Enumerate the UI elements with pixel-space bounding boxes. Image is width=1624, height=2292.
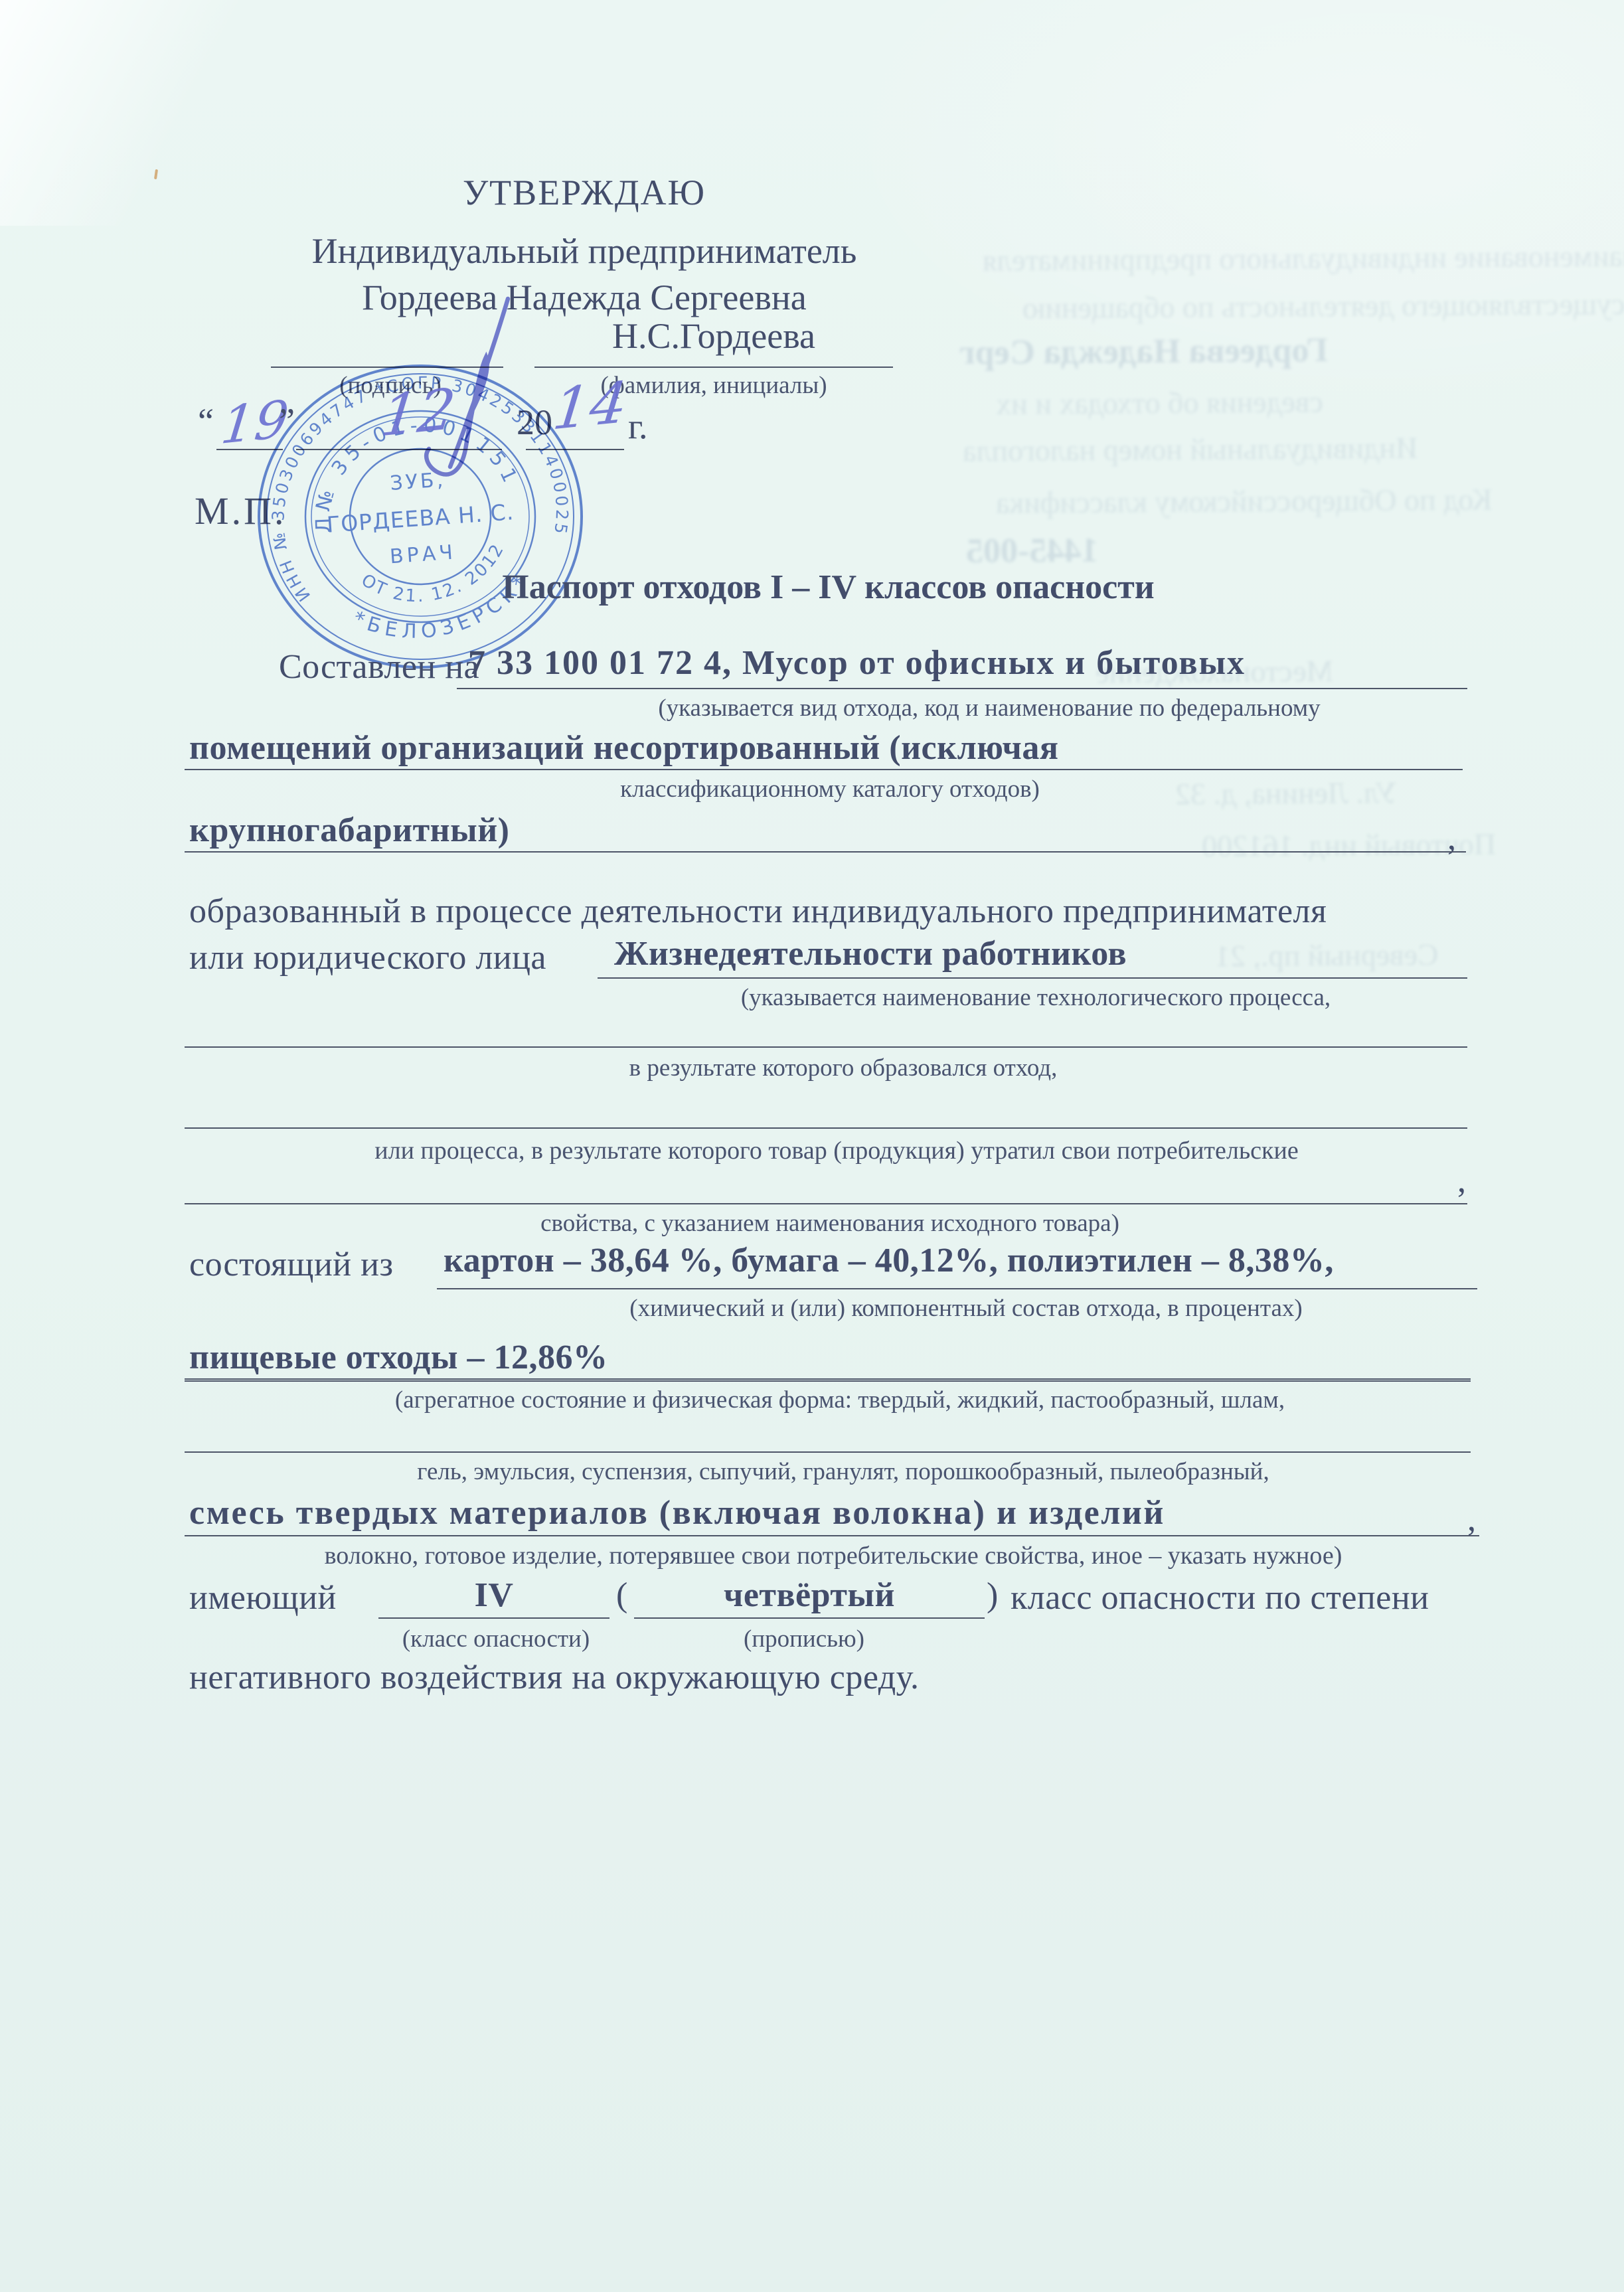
handwritten-year: 14 [550,370,631,444]
hint-fkko-1: (указывается вид отхода, код и наименова… [591,696,1388,722]
hint-class: (класс опасности) [383,1627,609,1653]
date-quote-open: “ [198,402,214,440]
bleedthrough-line: 1445-005 [966,531,1099,570]
comma-after-state: , [1467,1502,1477,1538]
composition-value: картон – 38,64 %, бумага – 40,12%, полиэ… [444,1243,1334,1279]
hint-fkko-2: классификационному каталогу отходов) [432,777,1228,803]
bleedthrough-line: Индивидуальный номер налогопла [963,430,1418,469]
class-words-value: четвёртый [634,1578,985,1614]
compiled-label: Составлен на [279,649,479,686]
handwritten-month: 12 [378,376,459,450]
hint-process-2: в результате которого образовался отход, [445,1056,1242,1082]
formed-line2: или юридического лица [189,940,546,977]
rule-process [598,977,1467,979]
rule-composition [437,1288,1477,1289]
class-tail-text: класс опасности по степени [1011,1580,1429,1617]
having-label: имеющий [189,1580,337,1617]
hint-state-1: (агрегатное состояние и физическая форма… [309,1388,1371,1414]
hint-process-3: или процесса, в результате которого това… [305,1138,1368,1165]
class-roman-value: IV [378,1578,609,1614]
rule-state [185,1535,1479,1536]
rule-empty-1 [185,1046,1467,1048]
rule-empty-3 [185,1203,1467,1204]
hint-state-2: гель, эмульсия, суспензия, сыпучий, гран… [312,1459,1374,1485]
composition-value-2: пищевые отходы – 12,86% [189,1340,608,1376]
comma-empty-line: , [1457,1163,1467,1200]
approval-entity-type: Индивидуальный предприниматель [219,232,949,270]
rule-class-roman [378,1617,609,1619]
formed-line1: образованный в процессе деятельности инд… [189,894,1327,930]
paren-close: ) [987,1578,999,1614]
signature-line-right [534,367,893,368]
bleedthrough-line: осуществляющего деятельность по обращени… [1022,286,1624,326]
process-value: Жизнедеятельности работников [614,936,1127,973]
approval-entity-name: Гордеева Надежда Сергеевна [219,279,949,317]
approval-heading: УТВЕРЖДАЮ [219,174,949,212]
bleedthrough-line: Код по Общероссийскому классифика [996,481,1493,520]
approval-name-value: Н.С.Гордеева [534,317,893,355]
rule-empty-4 [185,1451,1471,1453]
hint-process-4: свойства, с указанием наименования исход… [432,1211,1228,1237]
stamp-center-line2: ГОРДЕЕВА Н. С. [326,499,515,538]
hint-process-1: (указывается наименование технологическо… [637,985,1434,1011]
rule-empty-2 [185,1127,1467,1129]
paren-open: ( [616,1578,628,1614]
rule-waste-name-2 [185,851,1466,853]
rule-waste-name [185,769,1463,770]
bleedthrough-line: сведения об отходах и их [996,384,1323,421]
scanned-waste-passport-page: наименование индивидуального предпринима… [0,0,1624,2292]
last-line: негативного воздействия на окружающую ср… [189,1660,919,1696]
waste-name-cont-value: помещений организаций несортированный (и… [189,730,1058,767]
rule-class-words [634,1617,985,1619]
rule-waste-code [457,688,1467,689]
state-value: смесь твердых материалов (включая волокн… [189,1495,1165,1532]
bleedthrough-line: наименование индивидуального предпринима… [983,238,1624,278]
hint-composition: (химический и (или) компонентный состав … [564,1296,1368,1322]
year-suffix: г. [628,408,648,446]
bleedthrough-line: Гордеева Надежда Серг [959,331,1328,372]
document-title: Паспорт отходов I – IV классов опасности [189,570,1467,606]
consisting-label: состоящий из [189,1247,394,1283]
waste-name-cont2-value: крупногабаритный) [189,813,510,849]
bleedthrough-line: Северный пр., 21 [1215,937,1439,973]
stamp-center-line3: ВРАЧ [389,540,457,568]
rule-composition-2 [185,1378,1471,1382]
hint-words: (прописью) [701,1627,907,1653]
hint-state-3: волокно, готовое изделие, потерявшее сво… [259,1543,1408,1570]
waste-code-name-value: 7 33 100 01 72 4, Мусор от офисных и быт… [468,645,1246,682]
